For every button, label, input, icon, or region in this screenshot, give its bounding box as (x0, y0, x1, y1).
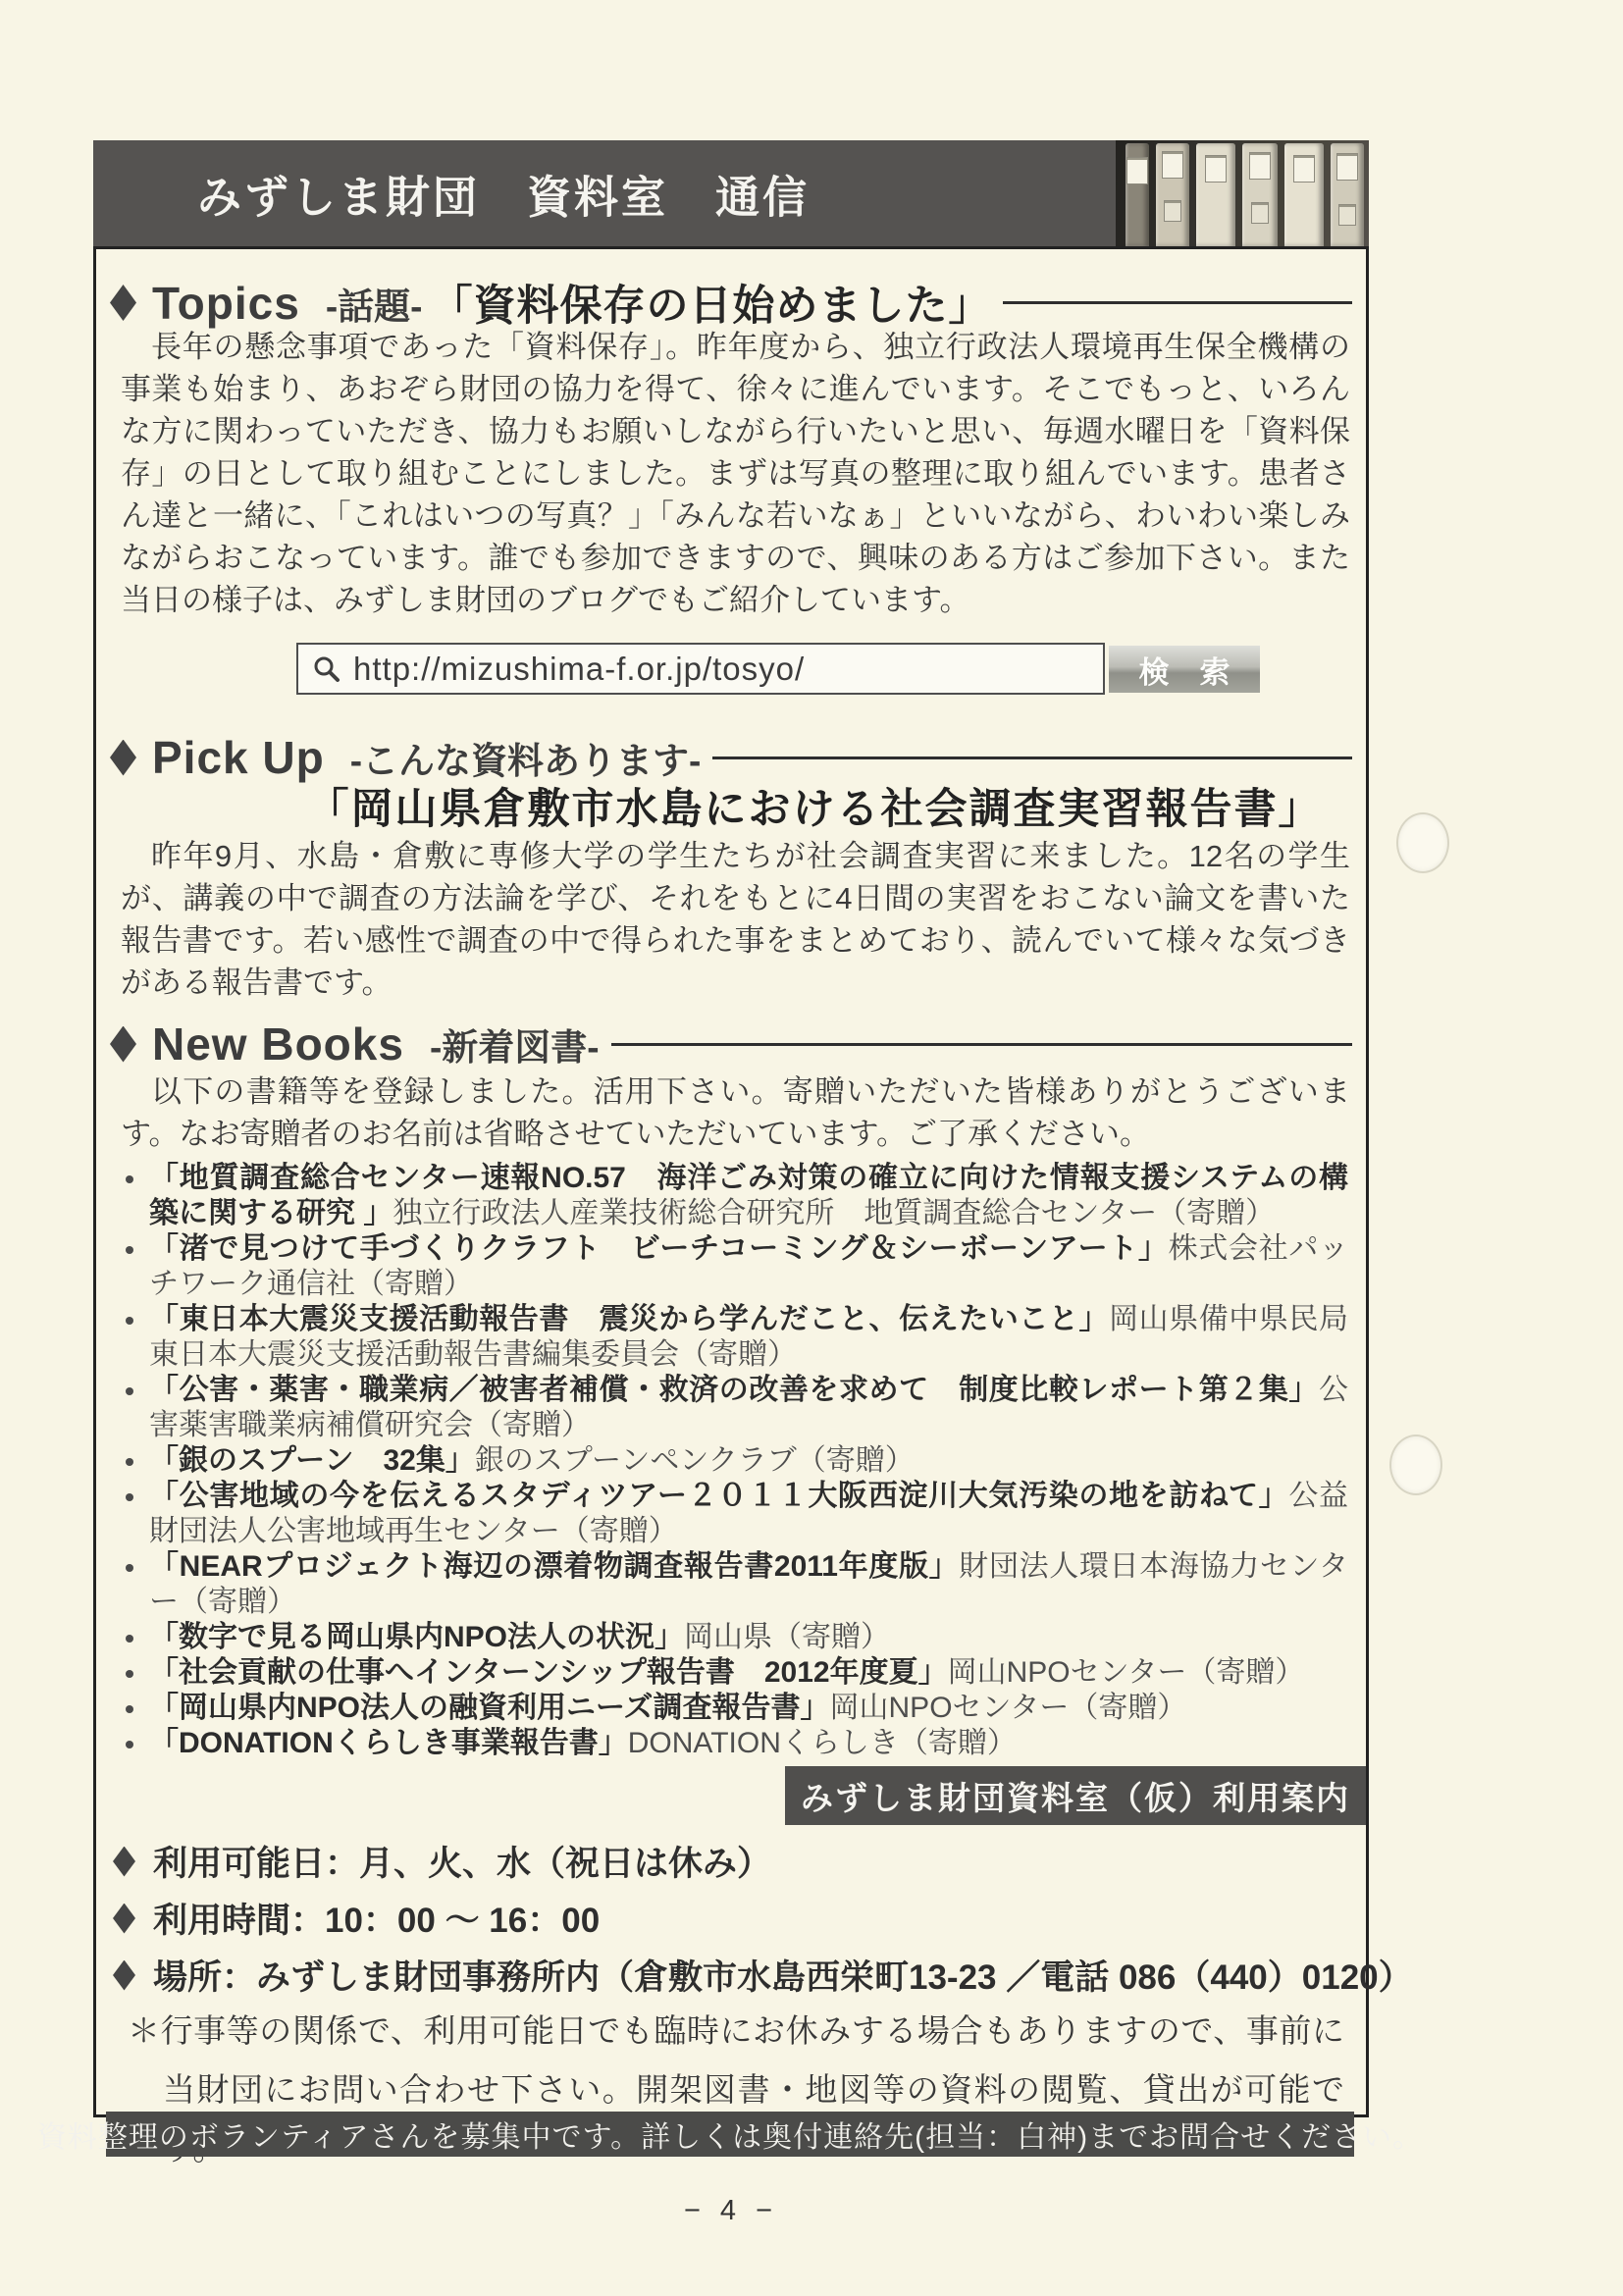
volunteer-banner-text: 資料整理のボランティアさんを募集中です。詳しくは奥付連絡先(担当：白神)までお問… (37, 2113, 1423, 2156)
book-list-item: 「NEARプロジェクト海辺の漂着物調査報告書2011年度版」財団法人環日本海協力… (122, 1549, 1348, 1620)
diamond-icon (113, 1847, 135, 1877)
usage-line-place: 場所：みずしま財団事務所内（倉敷市水島西栄町13-23 ／電話 086（440）… (113, 1951, 1413, 2000)
diamond-icon (110, 740, 136, 776)
book-list-item: 「地質調査総合センター速報NO.57 海洋ごみ対策の確立に向けた情報支援システム… (122, 1161, 1348, 1231)
usage-place-text: 場所：みずしま財団事務所内（倉敷市水島西栄町13-23 ／電話 086（440）… (153, 1951, 1413, 2000)
book-spine (1284, 143, 1324, 246)
book-spine (1331, 143, 1364, 246)
book-entry: 「銀のスプーン 32集」銀のスプーンペンクラブ（寄贈） (149, 1443, 1348, 1479)
book-entry: 「岡山県内NPO法人の融資利用ニーズ調査報告書」岡山NPOセンター（寄贈） (149, 1691, 1348, 1726)
bullet-icon (126, 1246, 133, 1254)
book-list-item: 「数字で見る岡山県内NPO法人の状況」岡山県（寄贈） (122, 1620, 1348, 1655)
bookshelf-photo (1116, 140, 1369, 246)
diamond-icon (110, 285, 136, 321)
book-list: 「地質調査総合センター速報NO.57 海洋ごみ対策の確立に向けた情報支援システム… (122, 1161, 1348, 1761)
bullet-icon (126, 1635, 133, 1643)
book-entry: 「地質調査総合センター速報NO.57 海洋ごみ対策の確立に向けた情報支援システム… (149, 1161, 1348, 1231)
heading-rule (1003, 301, 1352, 304)
new-books-intro: 以下の書籍等を登録しました。活用下さい。寄贈いただいた皆様ありがとうございます。… (121, 1070, 1350, 1155)
heading-rule (611, 1043, 1352, 1046)
content-box: Topics -話題- 「資料保存の日始めました」 長年の懸念事項であった「資料… (93, 246, 1369, 2117)
book-list-item: 「岡山県内NPO法人の融資利用ニーズ調査報告書」岡山NPOセンター（寄贈） (122, 1691, 1348, 1726)
new-books-heading-en: New Books (152, 1018, 404, 1070)
punch-hole (1389, 1435, 1442, 1495)
book-spine (1242, 143, 1278, 246)
topics-heading-en: Topics (152, 277, 300, 330)
usage-hours-text: 利用時間：10：00 ～ 16：00 (153, 1894, 600, 1943)
bullet-icon (126, 1175, 133, 1183)
book-entry: 「数字で見る岡山県内NPO法人の状況」岡山県（寄贈） (149, 1620, 1348, 1655)
usage-guide-title: みずしま財団資料室（仮）利用案内 (785, 1766, 1366, 1825)
book-entry: 「渚で見つけて手づくりクラフト ビーチコーミング＆シーボーンアート」株式会社パッ… (149, 1231, 1348, 1302)
book-entry: 「東日本大震災支援活動報告書 震災から学んだこと、伝えたいこと」岡山県備中県民局… (149, 1302, 1348, 1373)
book-list-item: 「銀のスプーン 32集」銀のスプーンペンクラブ（寄贈） (122, 1443, 1348, 1479)
book-entry: 「公害地域の今を伝えるスタディツアー２０１１大阪西淀川大気汚染の地を訪ねて」公益… (149, 1479, 1348, 1549)
book-entry: 「NEARプロジェクト海辺の漂着物調査報告書2011年度版」財団法人環日本海協力… (149, 1549, 1348, 1620)
bullet-icon (126, 1387, 133, 1395)
bullet-icon (126, 1317, 133, 1325)
new-books-heading-ja: -新着図書- (430, 1018, 600, 1070)
diamond-icon (113, 1904, 135, 1934)
punch-hole (1396, 812, 1449, 873)
bullet-icon (126, 1705, 133, 1713)
newsletter-page: みずしま財団 資料室 通信 Topics -話題- 「資料保存の日始めました」 … (0, 0, 1623, 2296)
book-list-item: 「公害・薬害・職業病／被害者補償・救済の改善を求めて 制度比較レポート第２集」公… (122, 1373, 1348, 1443)
book-list-item: 「社会貢献の仕事へインターンシップ報告書 2012年度夏」岡山NPOセンター（寄… (122, 1655, 1348, 1691)
page-title: みずしま財団 資料室 通信 (197, 162, 810, 226)
book-spine (1126, 143, 1149, 246)
search-url-input[interactable]: http://mizushima-f.or.jp/tosyo/ (296, 643, 1105, 695)
bullet-icon (126, 1741, 133, 1748)
diamond-icon (113, 1960, 135, 1991)
topics-body: 長年の懸念事項であった「資料保存」。昨年度から、独立行政法人環境再生保全機構の事… (121, 326, 1350, 621)
pickup-subtitle: 「岡山県倉敷市水島における社会調査実習報告書」 (292, 776, 1336, 836)
search-row: http://mizushima-f.or.jp/tosyo/ 検 索 (96, 643, 1366, 696)
book-entry: 「社会貢献の仕事へインターンシップ報告書 2012年度夏」岡山NPOセンター（寄… (149, 1655, 1348, 1691)
book-list-item: 「東日本大震災支援活動報告書 震災から学んだこと、伝えたいこと」岡山県備中県民局… (122, 1302, 1348, 1373)
book-spine (1156, 143, 1189, 246)
book-spine (1196, 143, 1235, 246)
usage-days-text: 利用可能日：月、火、水（祝日は休み） (153, 1837, 771, 1886)
heading-rule (712, 757, 1352, 759)
book-list-item: 「公害地域の今を伝えるスタディツアー２０１１大阪西淀川大気汚染の地を訪ねて」公益… (122, 1479, 1348, 1549)
topics-heading-quote: 「資料保存の日始めました」 (430, 273, 991, 333)
usage-line-days: 利用可能日：月、火、水（祝日は休み） (113, 1837, 771, 1886)
topics-heading-ja: -話題- (326, 277, 423, 330)
bullet-icon (126, 1670, 133, 1678)
book-list-item: 「DONATIONくらしき事業報告書」DONATIONくらしき（寄贈） (122, 1726, 1348, 1761)
topics-heading: Topics -話題- 「資料保存の日始めました」 (110, 273, 1352, 333)
diamond-icon (110, 1026, 136, 1063)
new-books-heading: New Books -新着図書- (110, 1018, 1352, 1070)
bullet-icon (126, 1564, 133, 1572)
bullet-icon (126, 1458, 133, 1466)
book-entry: 「公害・薬害・職業病／被害者補償・救済の改善を求めて 制度比較レポート第２集」公… (149, 1373, 1348, 1443)
bullet-icon (126, 1493, 133, 1501)
pickup-body: 昨年9月、水島・倉敷に専修大学の学生たちが社会調査実習に来ました。12名の学生が… (121, 835, 1350, 1004)
book-entry: 「DONATIONくらしき事業報告書」DONATIONくらしき（寄贈） (149, 1726, 1348, 1761)
usage-line-hours: 利用時間：10：00 ～ 16：00 (113, 1894, 600, 1943)
page-number: − 4 − (93, 2195, 1369, 2227)
book-list-item: 「渚で見つけて手づくりクラフト ビーチコーミング＆シーボーンアート」株式会社パッ… (122, 1231, 1348, 1302)
header-bar: みずしま財団 資料室 通信 (93, 140, 1369, 246)
search-url-text: http://mizushima-f.or.jp/tosyo/ (353, 651, 805, 688)
search-button[interactable]: 検 索 (1109, 646, 1260, 693)
search-icon (312, 654, 341, 684)
volunteer-banner: 資料整理のボランティアさんを募集中です。詳しくは奥付連絡先(担当：白神)までお問… (106, 2112, 1354, 2157)
